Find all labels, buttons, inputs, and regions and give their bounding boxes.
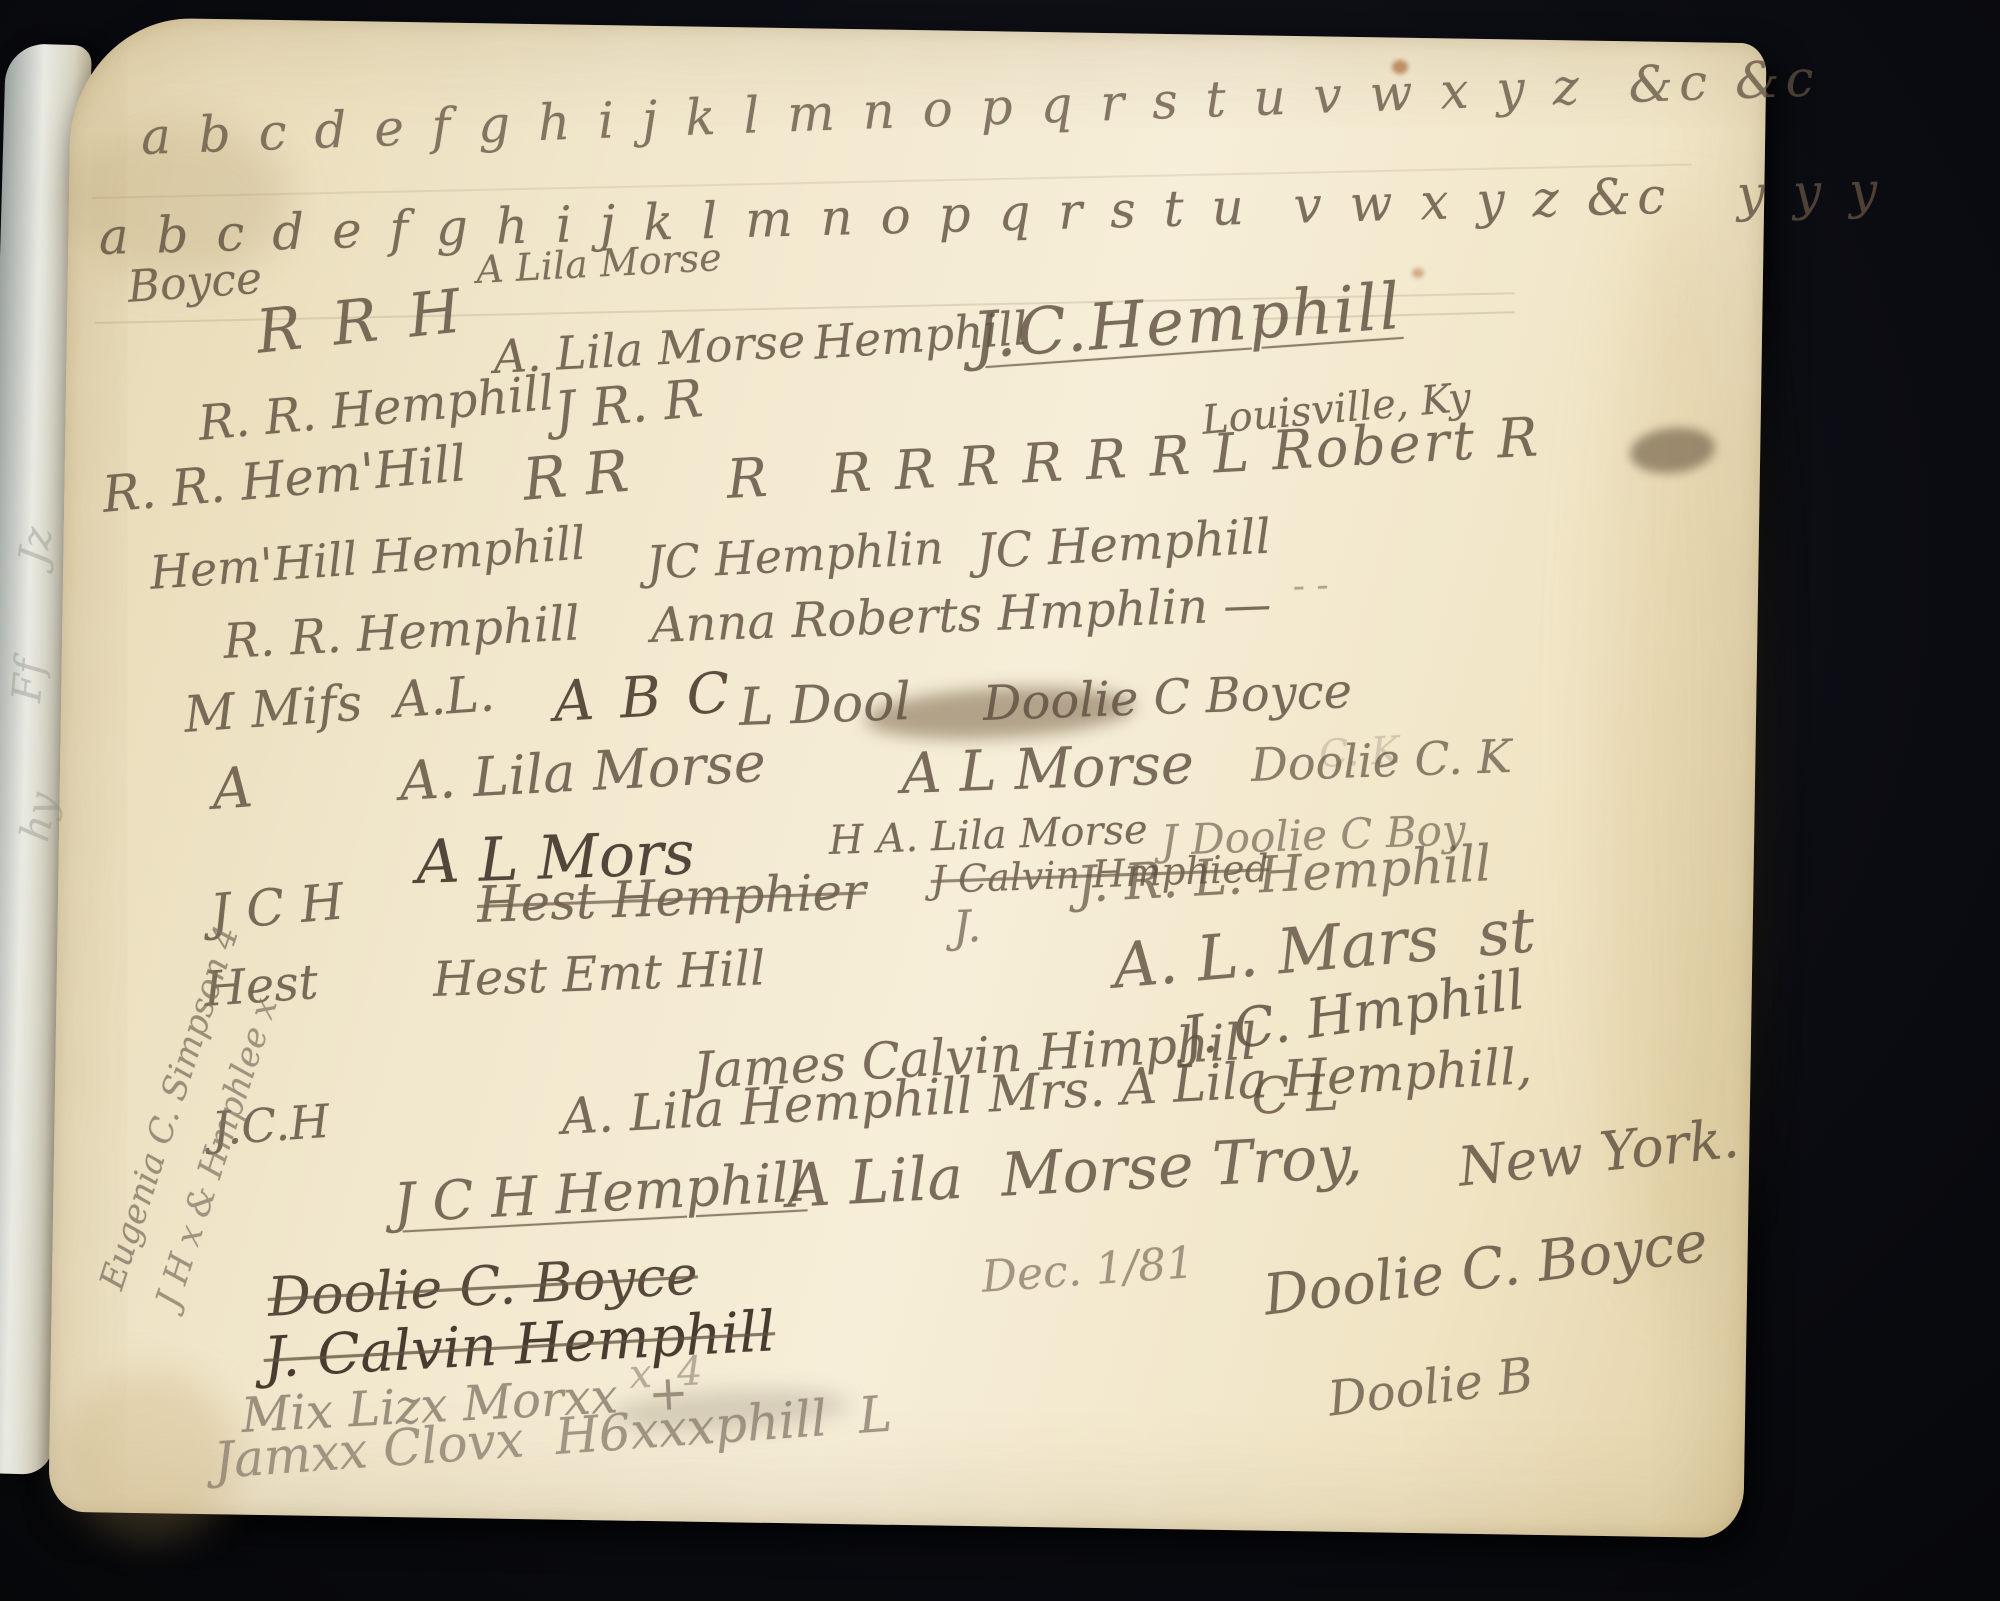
album-page — [48, 17, 1766, 1538]
photo-scene: a b c d e f g h i j k l m n o p q r s t … — [0, 0, 2000, 1601]
